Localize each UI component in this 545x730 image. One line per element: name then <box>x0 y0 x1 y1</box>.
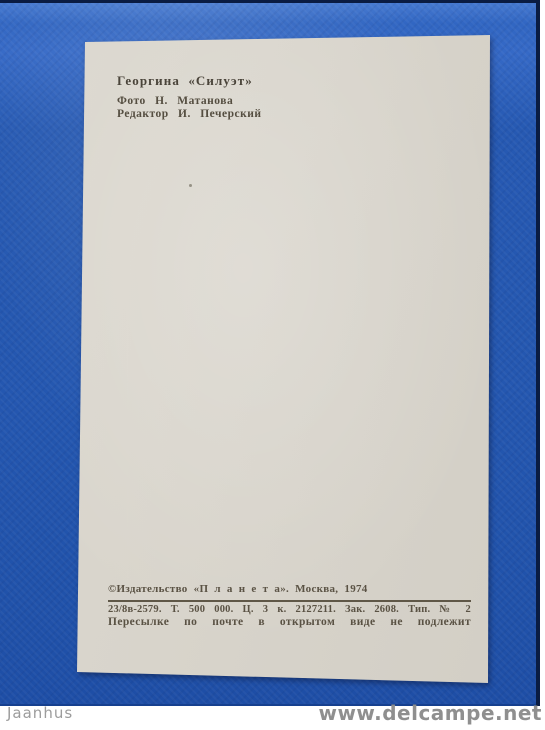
card-title: Георгина «Силуэт» <box>117 73 261 89</box>
scan-page: Георгина «Силуэт» Фото Н. Матанова Редак… <box>0 0 545 730</box>
postcard-photo: Георгина «Силуэт» Фото Н. Матанова Редак… <box>0 0 540 706</box>
divider-rule <box>108 600 471 602</box>
site-watermark: www.delcampe.net <box>318 701 542 725</box>
credits-block: Георгина «Силуэт» Фото Н. Матанова Редак… <box>117 73 261 120</box>
imprint-block: ©Издательство «П л а н е т а». Москва, 1… <box>108 583 471 628</box>
mailing-notice: Пересылке по почте в открытом виде не по… <box>108 616 471 628</box>
seller-watermark: Jaanhus <box>7 704 73 722</box>
photo-credit: Фото Н. Матанова <box>117 95 261 108</box>
publisher-line: ©Издательство «П л а н е т а». Москва, 1… <box>108 583 471 595</box>
postcard-shadow-wrapper: Георгина «Силуэт» Фото Н. Матанова Редак… <box>0 0 540 706</box>
print-info-line: 23/8в-2579. Т. 500 000. Ц. 3 к. 2127211.… <box>108 604 471 616</box>
postcard-back: Георгина «Силуэт» Фото Н. Матанова Редак… <box>0 0 540 706</box>
editor-credit: Редактор И. Печерский <box>117 108 261 121</box>
paper-speck <box>189 184 192 187</box>
